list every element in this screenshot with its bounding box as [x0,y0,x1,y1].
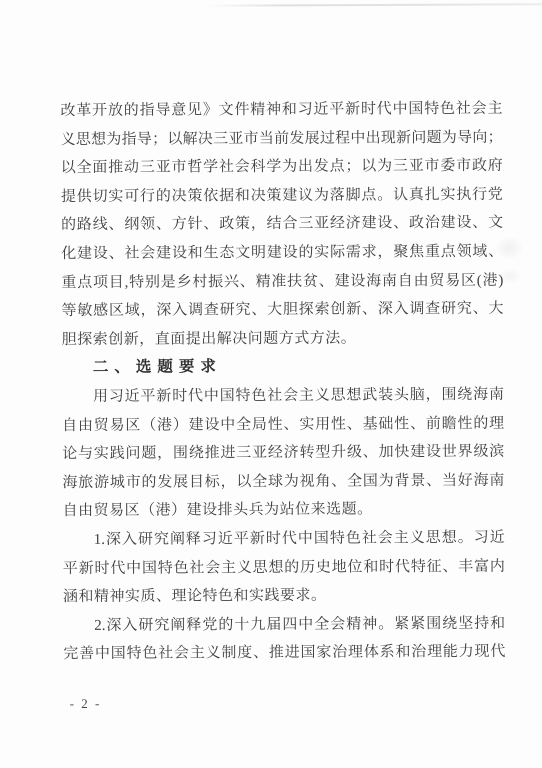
document-line: 自由贸易区（港）建设排头兵为站位来选题。 [63,495,505,526]
scanned-page: 改革开放的指导意见》文件精神和习近平新时代中国特色社会主 义思想为指导；以解决三… [0,0,542,768]
document-line: 用习近平新时代中国特色社会主义思想武装头脑，围绕海南 [62,381,504,412]
document-line: 胆探索创新，直面提出解决问题方式方法。 [62,324,504,355]
document-line: 等敏感区域，深入调查研究、大胆探索创新、深入调查研究、大 [61,295,503,326]
document-line: 改革开放的指导意见》文件精神和习近平新时代中国特色社会主 [60,95,502,126]
document-line: 义思想为指导；以解决三亚市当前发展过程中出现新问题为导向； [61,123,503,154]
document-line: 的路线、纲领、方针、政策，结合三亚经济建设、政治建设、文 [61,209,503,240]
document-line: 平新时代中国特色社会主义思想的历史地位和时代特征、丰富内 [63,552,505,583]
document-line: 2.深入研究阐释党的十九届四中全会精神。紧紧围绕坚持和 [63,609,505,640]
document-line: 重点项目,特别是乡村振兴、精准扶贫、建设海南自由贸易区(港) [61,266,503,297]
document-line: 化建设、社会建设和生态文明建设的实际需求，聚焦重点领域、 [61,238,503,269]
document-line: 海旅游城市的发展目标，以全球为视角、全国为背景、当好海南 [62,466,504,497]
document-line: 完善中国特色社会主义制度、推进国家治理体系和治理能力现代 [63,638,505,669]
document-line: 1.深入研究阐释习近平新时代中国特色社会主义思想。习近 [63,524,505,555]
document-line: 论与实践问题，围绕推进三亚经济转型升级、加快建设世界级滨 [62,438,504,469]
document-line: 以全面推动三亚市哲学社会科学为出发点；以为三亚市委市政府 [61,152,503,183]
document-text-block: 改革开放的指导意见》文件精神和习近平新时代中国特色社会主 义思想为指导；以解决三… [60,95,505,669]
document-line: 自由贸易区（港）建设中全局性、实用性、基础性、前瞻性的理 [62,409,504,440]
section-heading: 二、选题要求 [62,352,504,383]
document-line: 提供切实可行的决策依据和决策建议为落脚点。认真扎实执行党 [61,181,503,212]
page-number: - 2 - [70,696,102,712]
document-body: 改革开放的指导意见》文件精神和习近平新时代中国特色社会主 义思想为指导；以解决三… [0,0,542,768]
document-line: 涵和精神实质、理论特色和实践要求。 [63,581,505,612]
